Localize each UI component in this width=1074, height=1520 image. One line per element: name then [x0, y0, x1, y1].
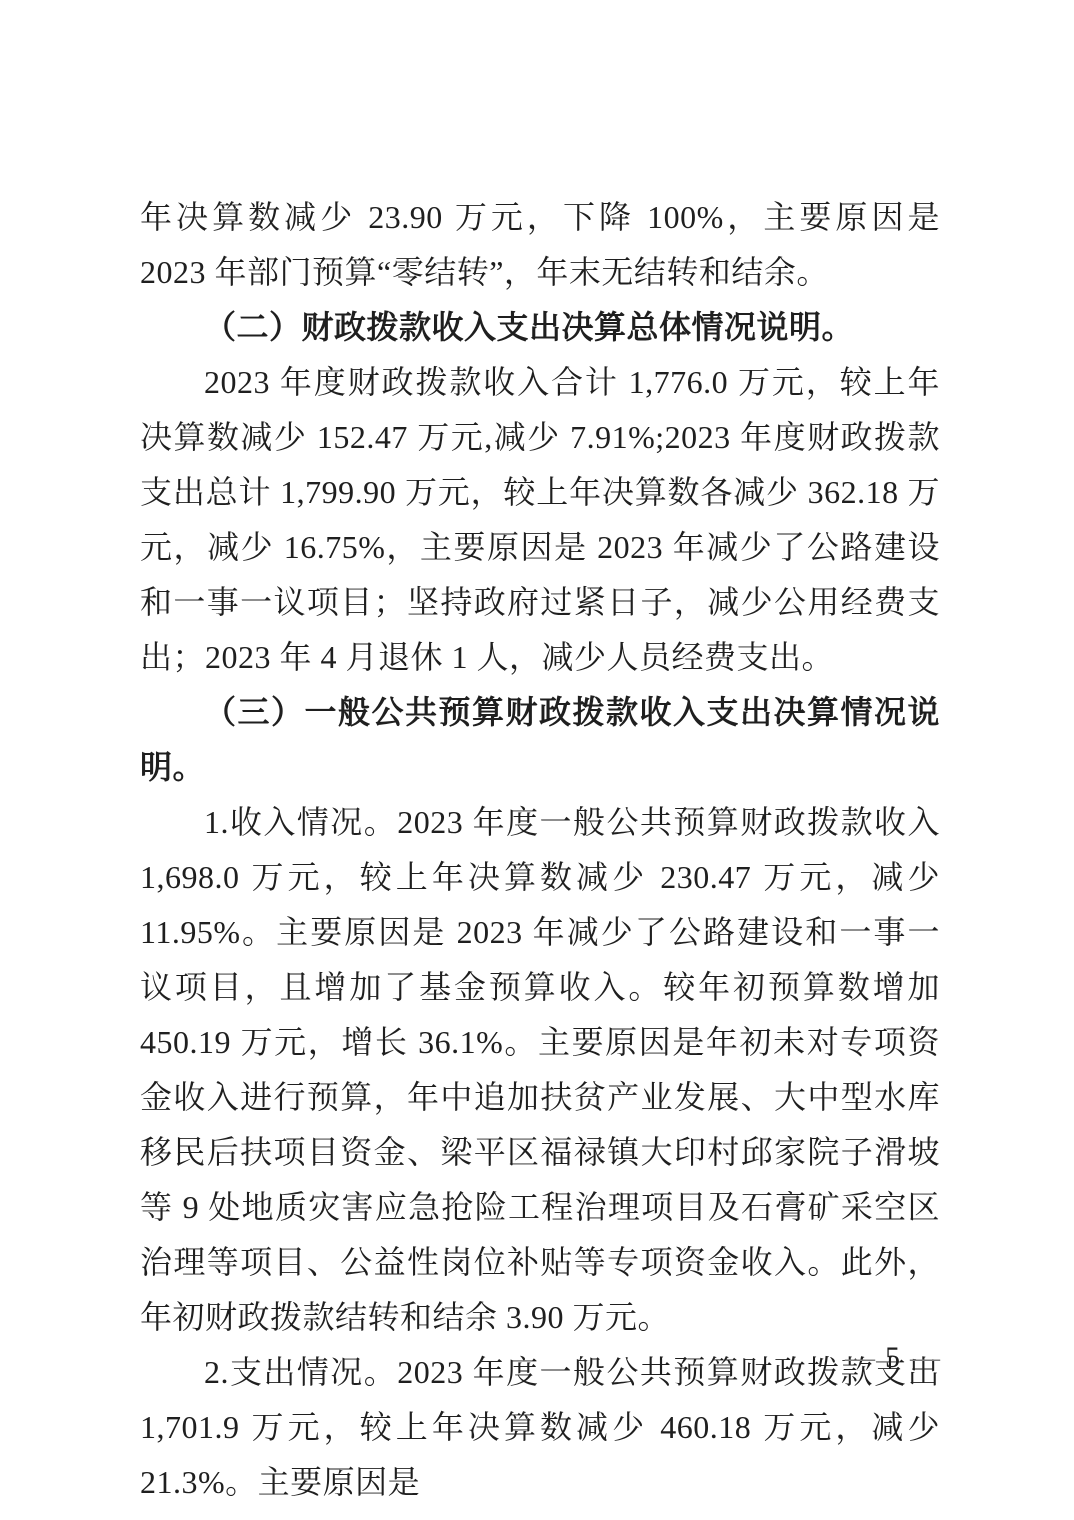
- paragraph: 2.支出情况。2023 年度一般公共预算财政拨款支出 1,701.9 万元，较上…: [140, 1345, 940, 1510]
- paragraph: 1.收入情况。2023 年度一般公共预算财政拨款收入 1,698.0 万元，较上…: [140, 795, 940, 1345]
- page-footer: — 5 —: [845, 1338, 940, 1378]
- footer-dash-right: —: [910, 1338, 940, 1378]
- page-number: 5: [885, 1338, 900, 1378]
- paragraph: 年决算数减少 23.90 万元，下降 100%，主要原因是 2023 年部门预算…: [140, 190, 940, 300]
- paragraph: 2023 年度财政拨款收入合计 1,776.0 万元，较上年决算数减少 152.…: [140, 355, 940, 685]
- document-page: 年决算数减少 23.90 万元，下降 100%，主要原因是 2023 年部门预算…: [0, 0, 1074, 1520]
- section-heading: （二）财政拨款收入支出决算总体情况说明。: [140, 300, 940, 355]
- document-body: 年决算数减少 23.90 万元，下降 100%，主要原因是 2023 年部门预算…: [140, 190, 940, 1510]
- footer-dash-left: —: [845, 1338, 875, 1378]
- section-heading: （三）一般公共预算财政拨款收入支出决算情况说明。: [140, 685, 940, 795]
